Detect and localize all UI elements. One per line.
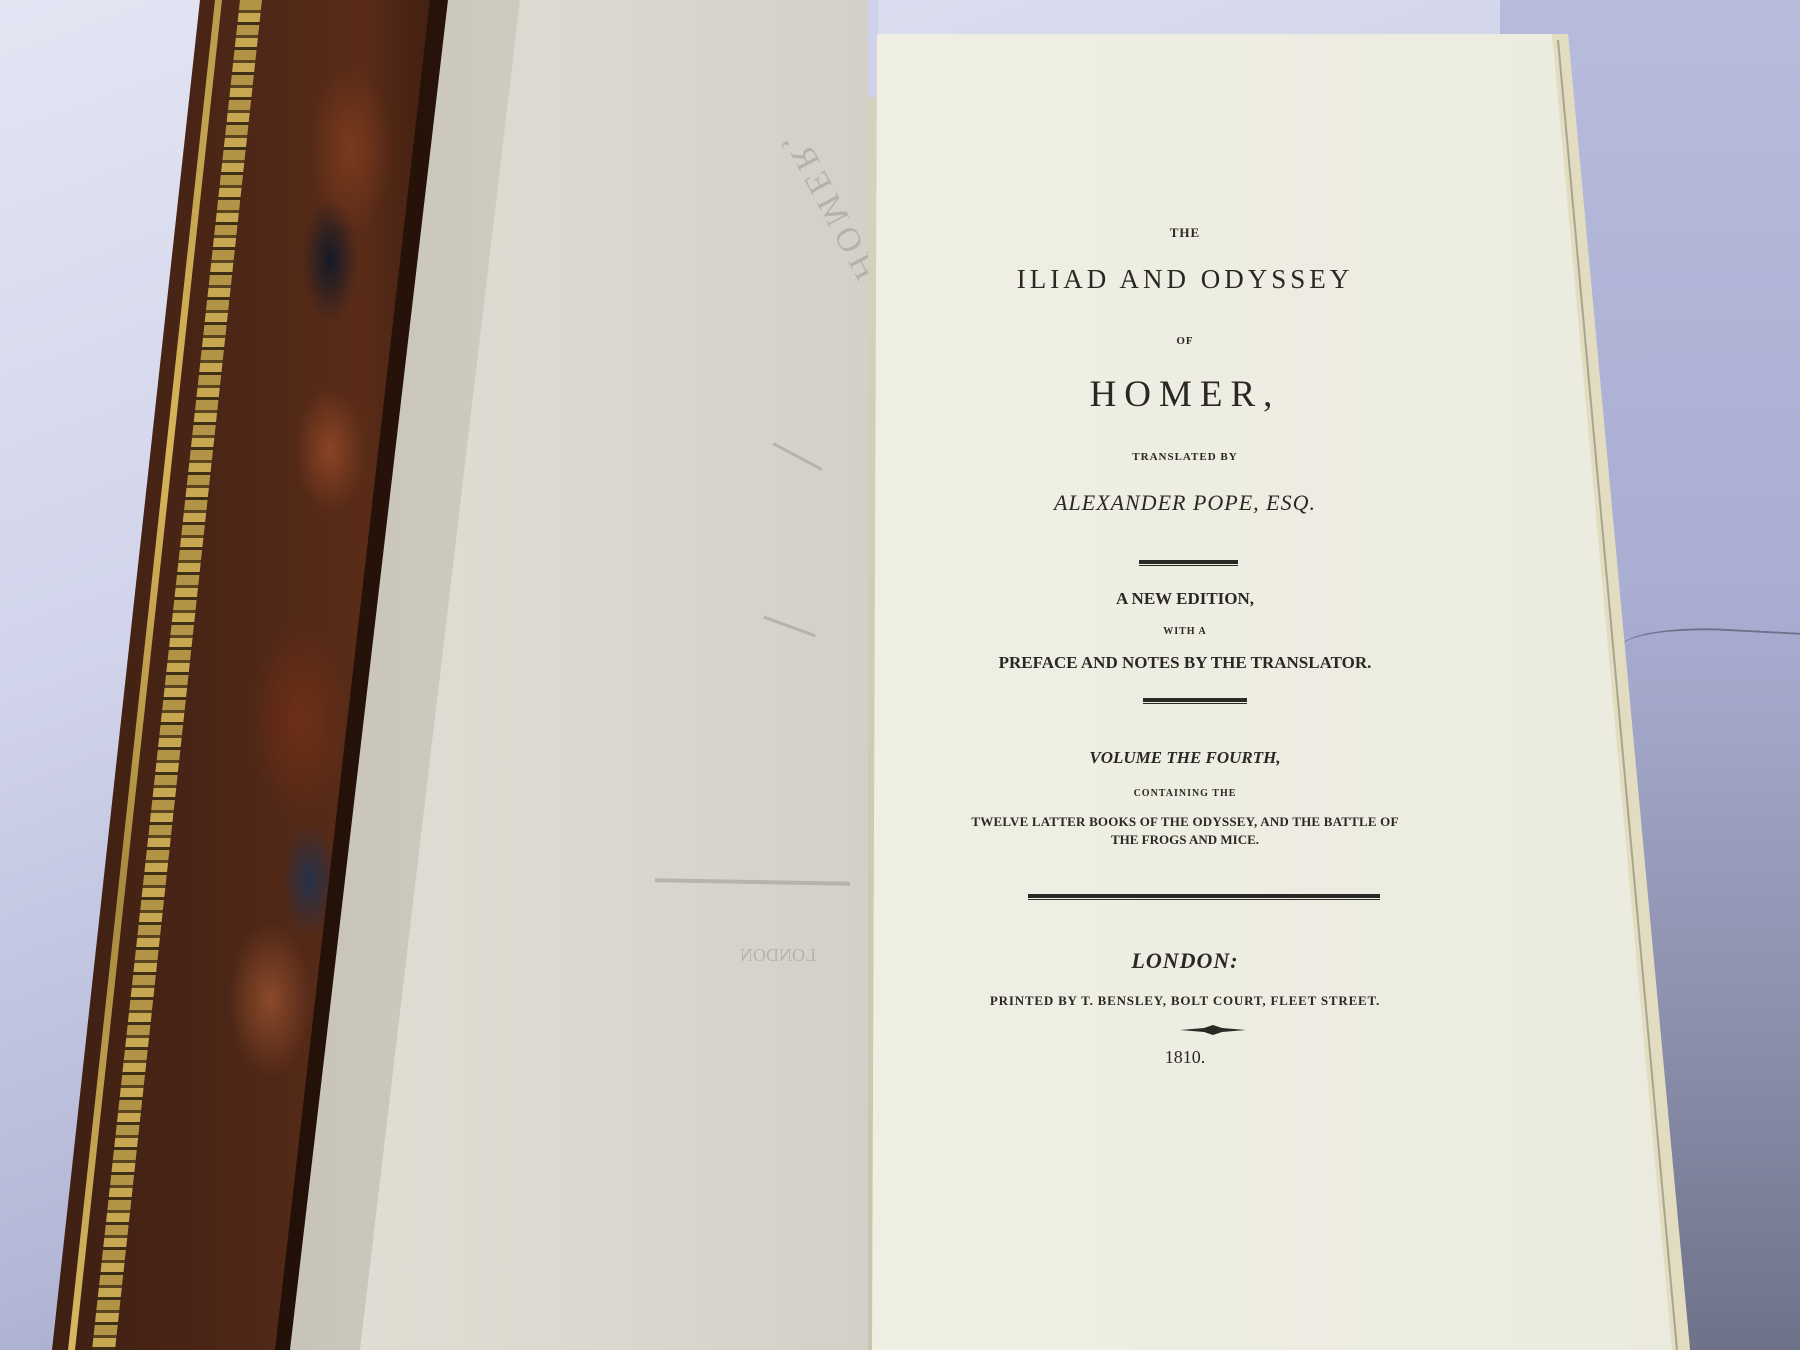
- with-a: WITH A: [950, 626, 1420, 637]
- contents-line-1: TWELVE LATTER BOOKS OF THE ODYSSEY, AND …: [950, 814, 1420, 830]
- main-title: ILIAD AND ODYSSEY: [950, 264, 1420, 295]
- title-page-text: THE ILIAD AND ODYSSEY OF HOMER, TRANSLAT…: [950, 0, 1420, 1350]
- translator-name: ALEXANDER POPE, ESQ.: [950, 490, 1420, 516]
- imprint-year: 1810.: [950, 1047, 1420, 1068]
- double-rule-1: [1139, 560, 1238, 566]
- diamond-ornament-icon: [1180, 1025, 1246, 1035]
- bleedthrough-city: LONDON: [740, 945, 816, 966]
- author-name: HOMER,: [950, 373, 1420, 416]
- title-of: OF: [950, 335, 1420, 347]
- imprint-city: LONDON:: [950, 948, 1420, 974]
- title-the: THE: [950, 225, 1420, 241]
- contents-line-2: THE FROGS AND MICE.: [950, 832, 1420, 848]
- containing: CONTAINING THE: [950, 788, 1420, 799]
- volume: VOLUME THE FOURTH,: [950, 748, 1420, 768]
- translated-by: TRANSLATED BY: [950, 451, 1420, 463]
- printer: PRINTED BY T. BENSLEY, BOLT COURT, FLEET…: [950, 993, 1420, 1009]
- double-rule-2: [1143, 698, 1247, 704]
- double-rule-3: [1028, 894, 1380, 900]
- preface: PREFACE AND NOTES BY THE TRANSLATOR.: [950, 653, 1420, 673]
- edition: A NEW EDITION,: [950, 589, 1420, 609]
